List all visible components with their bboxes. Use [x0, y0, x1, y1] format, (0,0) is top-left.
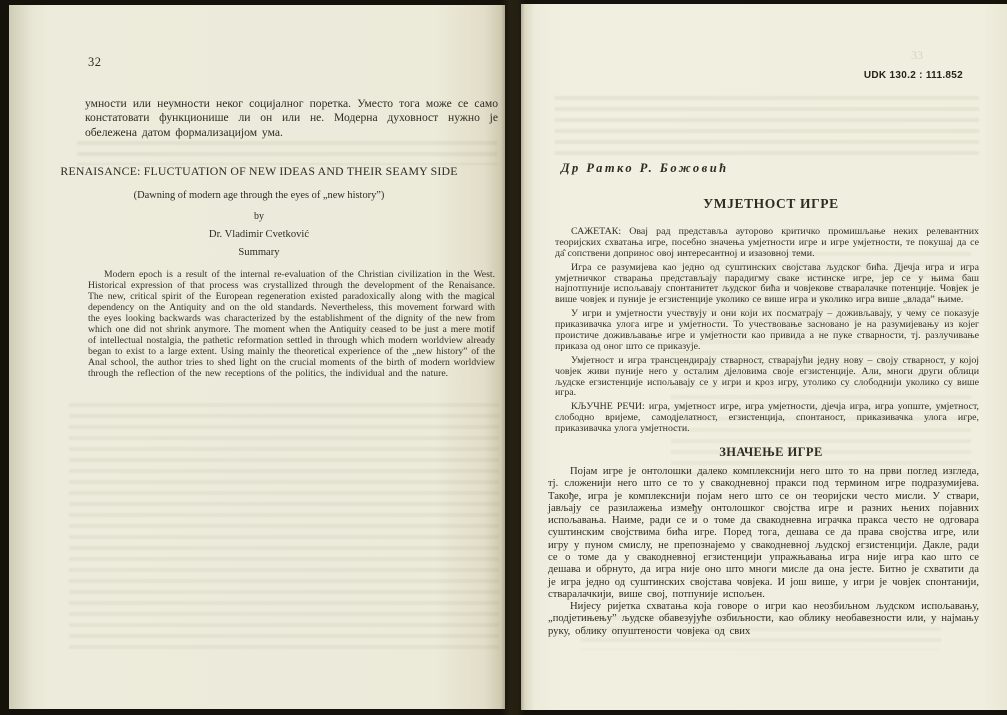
keywords-paragraph: КЉУЧНЕ РЕЧИ: игра, умјетност игре, игра … [555, 402, 979, 435]
bleed-through-texture [77, 141, 497, 165]
summary-text: Modern epoch is a result of the internal… [88, 270, 495, 380]
bleed-through-texture [69, 403, 499, 649]
summary-label: Summary [39, 247, 479, 258]
right-page: 33 UDK 130.2 : 111.852 Др Ратко Р. Божов… [521, 4, 1007, 710]
abstract-paragraph: Умјетност и игра трансцендирају стварнос… [555, 356, 979, 400]
author-name-english: Dr. Vladimir Cvetković [39, 229, 479, 240]
body-paragraph: Нијесу ријетка схватања која говоре о иг… [548, 601, 979, 638]
byline: by [39, 211, 479, 222]
section-heading: ЗНАЧЕЊЕ ИГРЕ [561, 445, 981, 460]
intro-paragraph: умности или неумности неког социјалног п… [85, 97, 498, 140]
article-title-serbian: УМЈЕТНОСТ ИГРЕ [561, 196, 981, 212]
author-name-serbian: Др Ратко Р. Божовић [561, 161, 729, 176]
left-page: 32 умности или неумности неког социјално… [9, 5, 505, 709]
abstract-paragraph: У игри и умјетности учествују и они који… [555, 309, 979, 353]
abstract-block: САЖЕТАК: Овај рад представља ауторово кр… [555, 227, 979, 438]
article-title-english: RENAISANCE: FLUCTUATION OF NEW IDEAS AND… [39, 164, 479, 179]
abstract-paragraph: САЖЕТАК: Овај рад представља ауторово кр… [555, 227, 979, 260]
bleed-through-texture [555, 96, 979, 156]
article-subtitle-english: (Dawning of modern age through the eyes … [39, 190, 479, 201]
udk-classification-number: UDK 130.2 : 111.852 [864, 70, 963, 81]
abstract-paragraph: Игра се разумијева као једно од суштинск… [555, 263, 979, 307]
book-gutter [501, 0, 525, 715]
body-text-block: Појам игре је онтолошки далеко комплексн… [548, 466, 979, 638]
body-paragraph: Појам игре је онтолошки далеко комплексн… [548, 466, 979, 601]
book-scan-spread: 32 умности или неумности неког социјално… [0, 0, 1007, 715]
page-number: 32 [88, 55, 102, 70]
ghost-page-number: 33 [911, 48, 923, 63]
